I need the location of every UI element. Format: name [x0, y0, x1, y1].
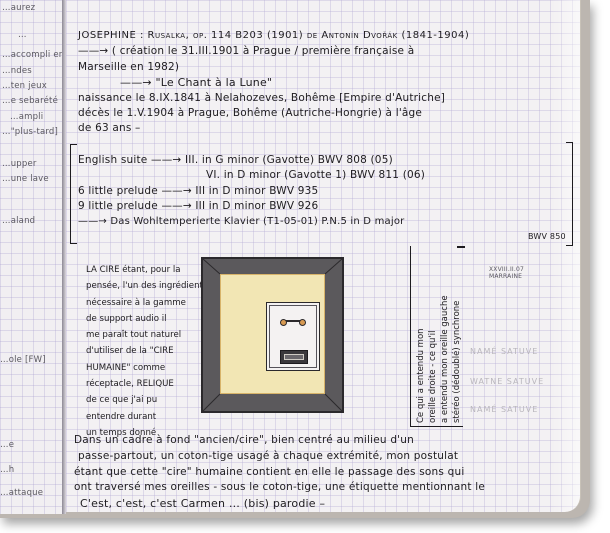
left-fragment: …upper: [2, 159, 37, 169]
footer-line: ont traversé mes oreilles - sous le coto…: [74, 481, 485, 493]
side-note-line: nécessaire à la gamme: [86, 295, 198, 311]
frame-drawing: [201, 257, 344, 413]
left-fragment: …ampli: [10, 112, 43, 122]
vertical-note-line: a entendu mon oreille gauche: [440, 295, 450, 423]
vertical-note: Ce qui a entendu mon oreille droite - ce…: [408, 238, 468, 423]
left-fragment: …"plus-tard]: [2, 127, 58, 137]
birth-line: naissance le 8.IX.1841 à Nelahozeves, Bo…: [78, 92, 445, 104]
passe-partout: [266, 302, 320, 371]
vertical-note-line: oreille droite - ce qu'il: [428, 331, 438, 424]
left-page: …aurez … …accompli en …ndes …ten jeux …e…: [0, 0, 63, 514]
bach-row: 9 little prelude ——→ III in D minor BWV …: [78, 200, 318, 212]
left-bracket: [70, 144, 77, 244]
age-line: de 63 ans –: [78, 122, 141, 134]
left-fragment: …accompli en: [2, 50, 63, 60]
cotton-swab-icon: [283, 320, 303, 322]
margin-date: XXVIII.II.07: [489, 266, 524, 273]
footer-line: C'est, c'est, c'est Carmen … (bis) parod…: [80, 497, 325, 510]
ghost-text: NAMÉ SATUVE: [470, 405, 538, 414]
bach-row: ——→ Das Wohltemperierte Klavier (T1-05-0…: [78, 216, 404, 227]
label-plate-icon: [280, 350, 308, 364]
left-fragment: …h: [0, 465, 14, 475]
notebook-photo: …aurez … …accompli en …ndes …ten jeux …e…: [0, 0, 590, 518]
left-fragment: …e: [0, 440, 14, 450]
left-fragment: …aurez: [2, 3, 35, 13]
bach-row-sub: BWV 850: [528, 232, 566, 241]
left-fragment: …attaque: [0, 488, 43, 498]
ghost-text: WATNE SATUVE: [470, 377, 544, 386]
frame-mat: [220, 274, 325, 394]
header-line: Marseille en 1982): [78, 61, 179, 73]
footer-line: Dans un cadre à fond "ancien/cire", bien…: [74, 434, 414, 446]
header-line: ——→ ( création le 31.III.1901 à Prague /…: [78, 45, 414, 57]
left-fragment: …e sebarété: [2, 96, 58, 106]
bach-row: 6 little prelude ——→ III in D minor BWV …: [78, 185, 318, 197]
margin-place: MARRAINE: [489, 273, 522, 280]
side-note-line: entendre durant: [86, 409, 198, 425]
left-fragment: …ndes: [2, 66, 32, 76]
song-title: ——→ "Le Chant à la Lune": [120, 76, 272, 89]
side-note-line: me paraît tout naturel: [86, 327, 198, 343]
bach-row: VI. in D minor (Gavotte 1) BWV 811 (06): [206, 169, 425, 181]
vertical-note-line: stéréo (dédoublé) synchrone: [452, 301, 462, 423]
right-bracket: [566, 142, 573, 246]
side-note-line: LA CIRE étant, pour la: [86, 262, 198, 278]
side-note-line: d'utiliser de la "CIRE: [86, 343, 198, 359]
vertical-note-line: Ce qui a entendu mon: [416, 328, 426, 423]
header-title-line: JOSEPHINE : Rusalka, op. 114 B203 (1901)…: [78, 30, 469, 41]
side-note-line: de support audio il: [86, 311, 198, 327]
bach-row: English suite ——→ III. in G minor (Gavot…: [78, 154, 393, 166]
left-fragment: …ole [FW]: [0, 355, 46, 365]
left-fragment: …: [18, 30, 27, 40]
left-fragment: …aland: [2, 216, 35, 226]
side-note-line: réceptacle, RELIQUE: [86, 376, 198, 392]
ghost-text: NAMÉ SATUVE: [470, 347, 538, 356]
footer-line: étant que cette "cire" humaine contient …: [74, 466, 464, 478]
footer-line: passe-partout, un coton-tige usagé à cha…: [78, 450, 458, 462]
death-line: décès le 1.V.1904 à Prague, Bohême (Autr…: [78, 107, 422, 119]
left-fragment: …une lave: [2, 174, 49, 184]
left-fragment: …ten jeux: [2, 81, 47, 91]
side-note: LA CIRE étant, pour la pensée, l'un des …: [86, 262, 198, 441]
side-note-line: HUMAINE" comme: [86, 360, 198, 376]
side-note-line: pensée, l'un des ingrédients: [86, 278, 198, 294]
side-note-line: de ce que j'ai pu: [86, 392, 198, 408]
